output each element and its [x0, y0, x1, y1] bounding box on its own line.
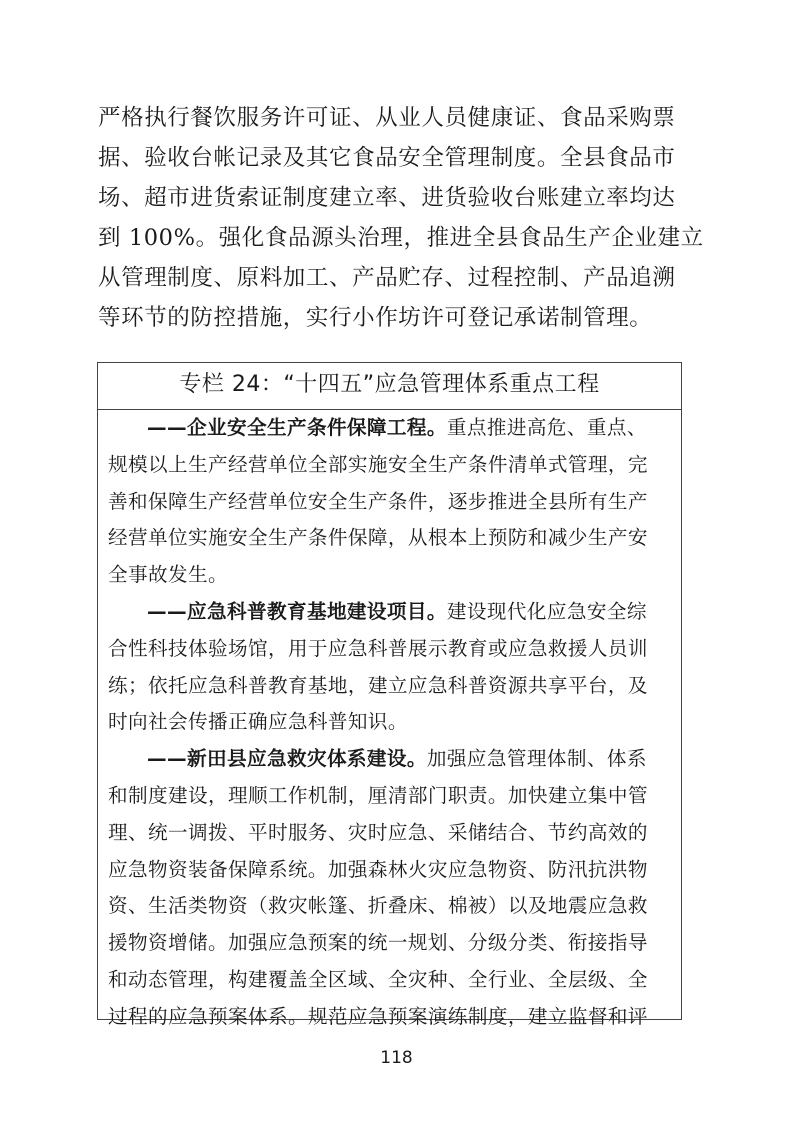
item-line: 援物资增储。加强应急预案的统一规划、分级分类、衔接指导 — [108, 925, 671, 962]
item-line: 合性科技体验场馆，用于应急科普展示教育或应急救援人员训 — [108, 631, 671, 668]
feature-box: 专栏 24：“十四五”应急管理体系重点工程 ——企业安全生产条件保障工程。重点推… — [97, 362, 682, 1020]
box-item-science-education: ——应急科普教育基地建设项目。建设现代化应急安全综 合性科技体验场馆，用于应急科… — [108, 594, 671, 741]
item-line: 练；依托应急科普教育基地，建立应急科普资源共享平台，及 — [108, 668, 671, 705]
item-heading: ——新田县应急救灾体系建设。 — [147, 747, 427, 770]
item-first-line: ——新田县应急救灾体系建设。加强应急管理体制、体系 — [108, 741, 671, 778]
item-line: 时向社会传播正确应急科普知识。 — [108, 704, 671, 741]
box-body: ——企业安全生产条件保障工程。重点推进高危、重点、 规模以上生产经营单位全部实施… — [98, 410, 681, 1036]
item-text: 重点推进高危、重点、 — [447, 416, 647, 439]
item-line: 规模以上生产经营单位全部实施安全生产条件清单式管理，完 — [108, 447, 671, 484]
item-first-line: ——应急科普教育基地建设项目。建设现代化应急安全综 — [108, 594, 671, 631]
paragraph-line: 等环节的防控措施，实行小作坊许可登记承诺制管理。 — [98, 298, 698, 338]
item-text: 加强应急管理体制、体系 — [427, 747, 647, 770]
item-heading: ——应急科普教育基地建设项目。 — [147, 600, 447, 623]
item-text: 建设现代化应急安全综 — [447, 600, 647, 623]
box-item-disaster-relief: ——新田县应急救灾体系建设。加强应急管理体制、体系 和制度建设，理顺工作机制，厘… — [108, 741, 671, 1035]
item-line: 善和保障生产经营单位安全生产条件，逐步推进全县所有生产 — [108, 484, 671, 521]
item-first-line: ——企业安全生产条件保障工程。重点推进高危、重点、 — [108, 410, 671, 447]
paragraph-line: 据、验收台帐记录及其它食品安全管理制度。全县食品市 — [98, 138, 698, 178]
page-number: 118 — [0, 1048, 793, 1068]
item-heading: ——企业安全生产条件保障工程。 — [147, 416, 447, 439]
box-title: 专栏 24：“十四五”应急管理体系重点工程 — [98, 363, 681, 410]
paragraph-line: 场、超市进货索证制度建立率、进货验收台账建立率均达 — [98, 178, 698, 218]
item-line: 过程的应急预案体系。规范应急预案演练制度，建立监督和评 — [108, 999, 671, 1036]
box-item-enterprise-safety: ——企业安全生产条件保障工程。重点推进高危、重点、 规模以上生产经营单位全部实施… — [108, 410, 671, 594]
item-line: 应急物资装备保障系统。加强森林火灾应急物资、防汛抗洪物 — [108, 852, 671, 889]
paragraph-line: 严格执行餐饮服务许可证、从业人员健康证、食品采购票 — [98, 98, 698, 138]
item-line: 全事故发生。 — [108, 557, 671, 594]
paragraph-line: 到 100%。强化食品源头治理，推进全县食品生产企业建立 — [98, 218, 698, 258]
item-line: 资、生活类物资（救灾帐篷、折叠床、棉被）以及地震应急救 — [108, 888, 671, 925]
intro-paragraph: 严格执行餐饮服务许可证、从业人员健康证、食品采购票 据、验收台帐记录及其它食品安… — [98, 98, 698, 338]
item-line: 经营单位实施安全生产条件保障，从根本上预防和减少生产安 — [108, 520, 671, 557]
item-line: 和制度建设，理顺工作机制，厘清部门职责。加快建立集中管 — [108, 778, 671, 815]
item-line: 和动态管理，构建覆盖全区域、全灾种、全行业、全层级、全 — [108, 962, 671, 999]
paragraph-line: 从管理制度、原料加工、产品贮存、过程控制、产品追溯 — [98, 258, 698, 298]
item-line: 理、统一调拨、平时服务、灾时应急、采储结合、节约高效的 — [108, 815, 671, 852]
